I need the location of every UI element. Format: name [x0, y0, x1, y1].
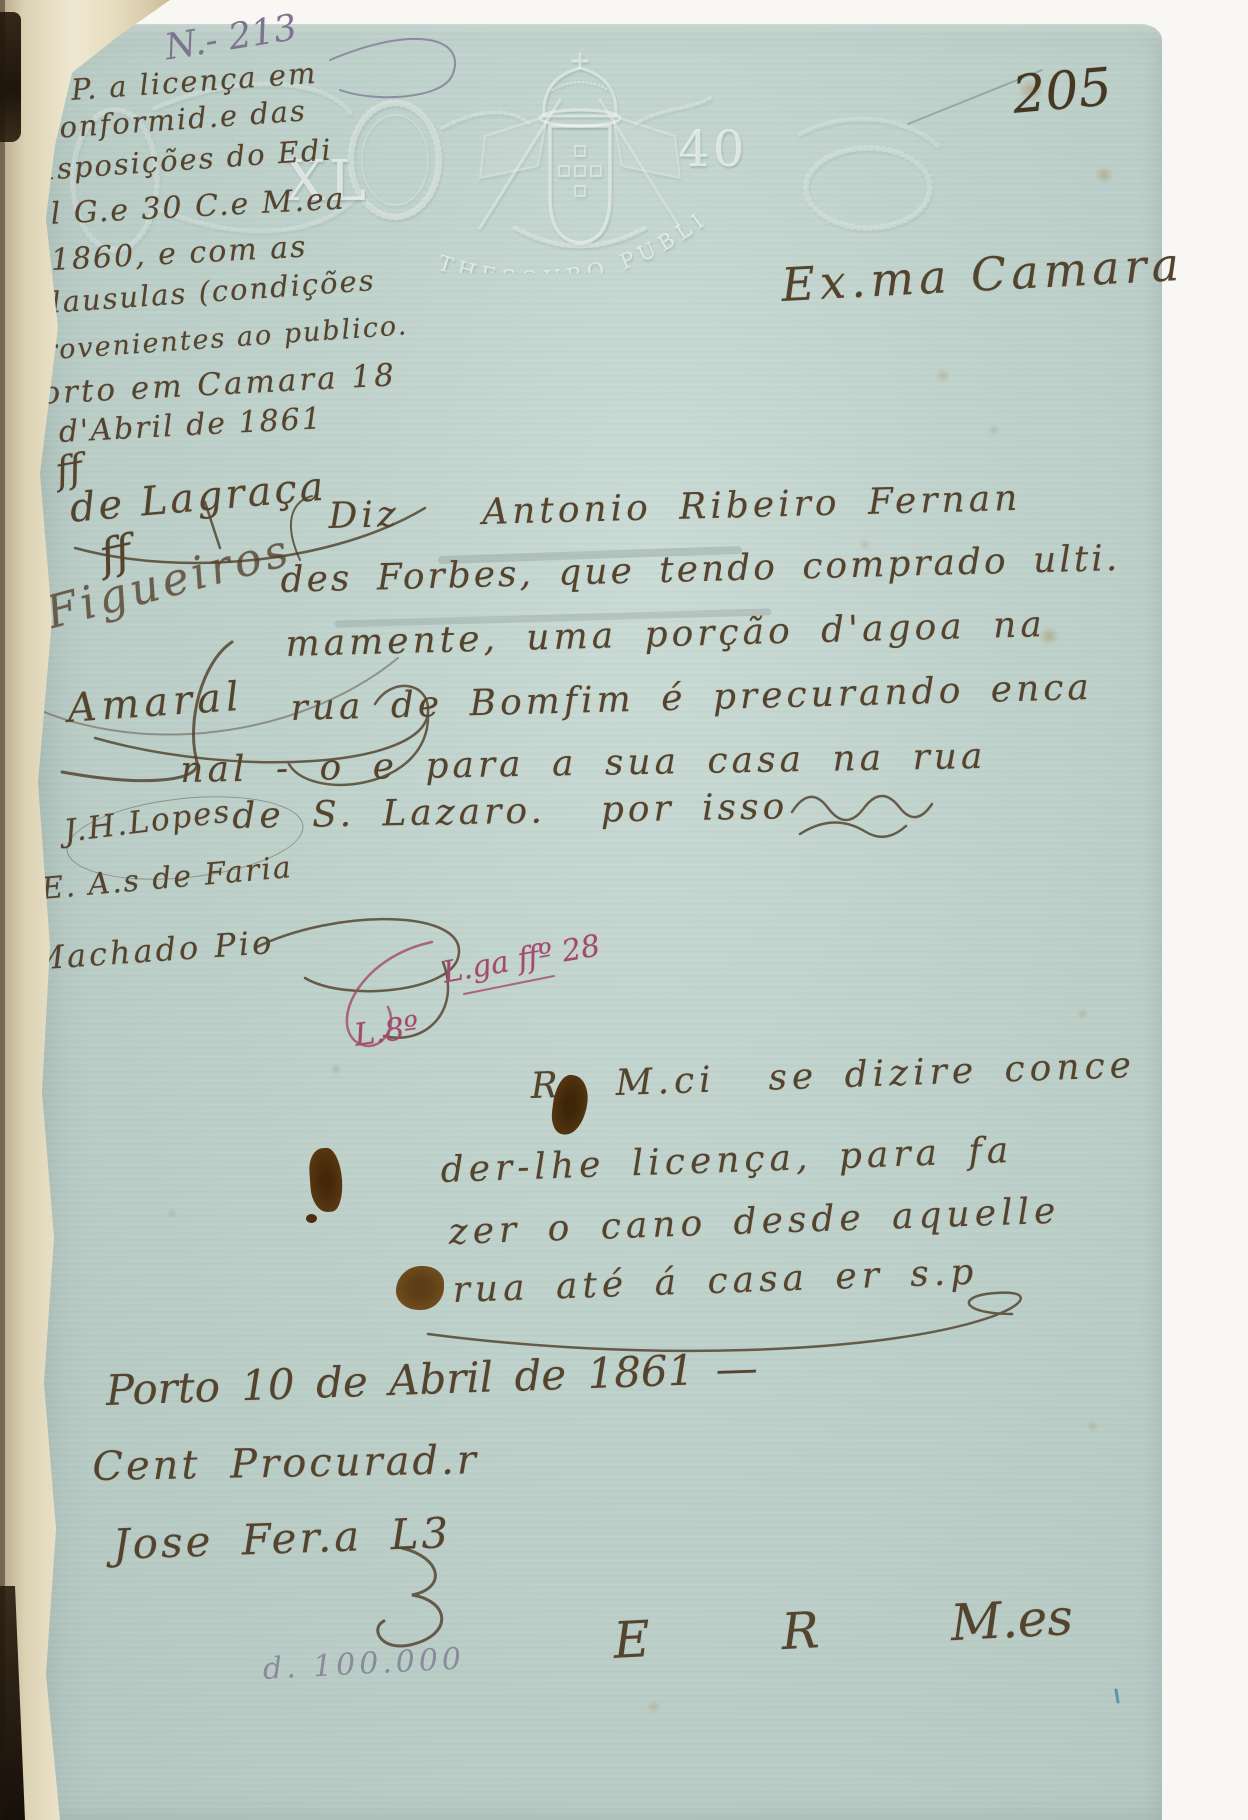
fox-spot [988, 424, 1000, 436]
closing-line: Cent Procurad.r [92, 1437, 479, 1490]
fox-spot [166, 1208, 178, 1219]
ink-blot [396, 1266, 444, 1310]
fox-spot [646, 1700, 661, 1714]
fox-spot [935, 368, 951, 383]
fox-spot [1076, 1008, 1089, 1020]
page-number: 205 [1010, 57, 1114, 125]
manuscript-scan: XL 40 THESOURO PUBLICO [0, 0, 1248, 1820]
fox-spot [1086, 1420, 1099, 1432]
fox-spot [330, 1064, 342, 1075]
ink-blot [306, 1214, 317, 1223]
fox-spot [1094, 166, 1114, 184]
book-spine-edge [0, 0, 5, 1820]
